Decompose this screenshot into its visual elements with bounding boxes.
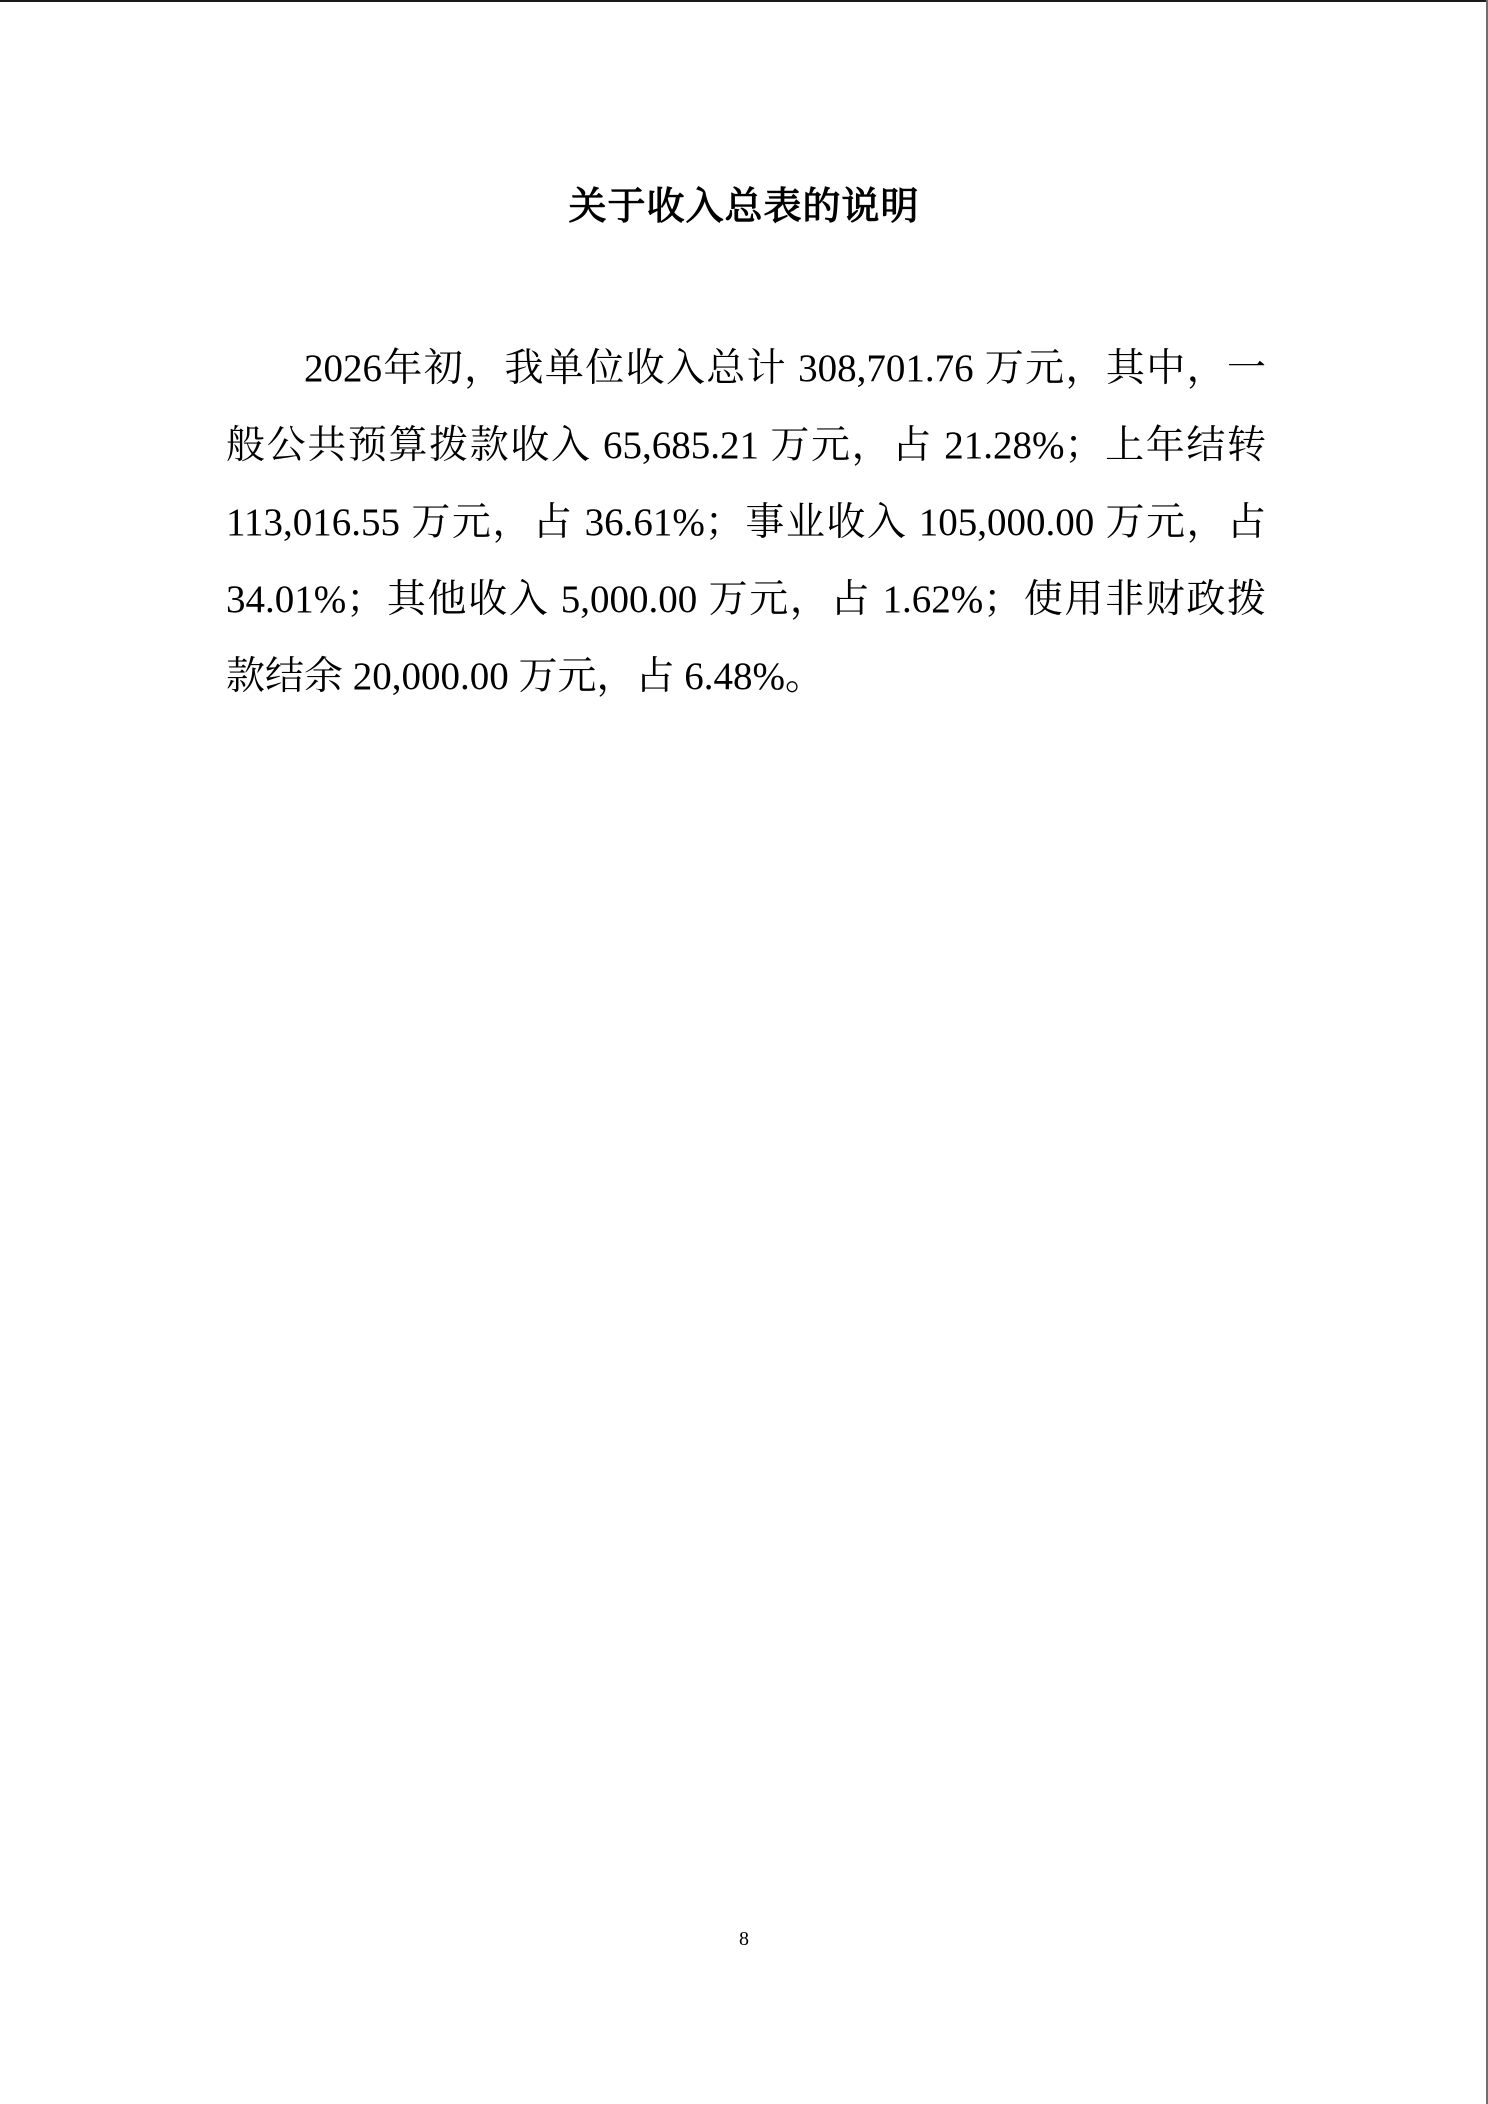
document-title: 关于收入总表的说明 — [0, 180, 1488, 232]
document-page: 关于收入总表的说明 2026年初，我单位收入总计 308,701.76 万元，其… — [0, 0, 1488, 2104]
income-description-paragraph: 2026年初，我单位收入总计 308,701.76 万元，其中，一般公共预算拨款… — [226, 330, 1266, 715]
page-number: 8 — [0, 1926, 1488, 1952]
